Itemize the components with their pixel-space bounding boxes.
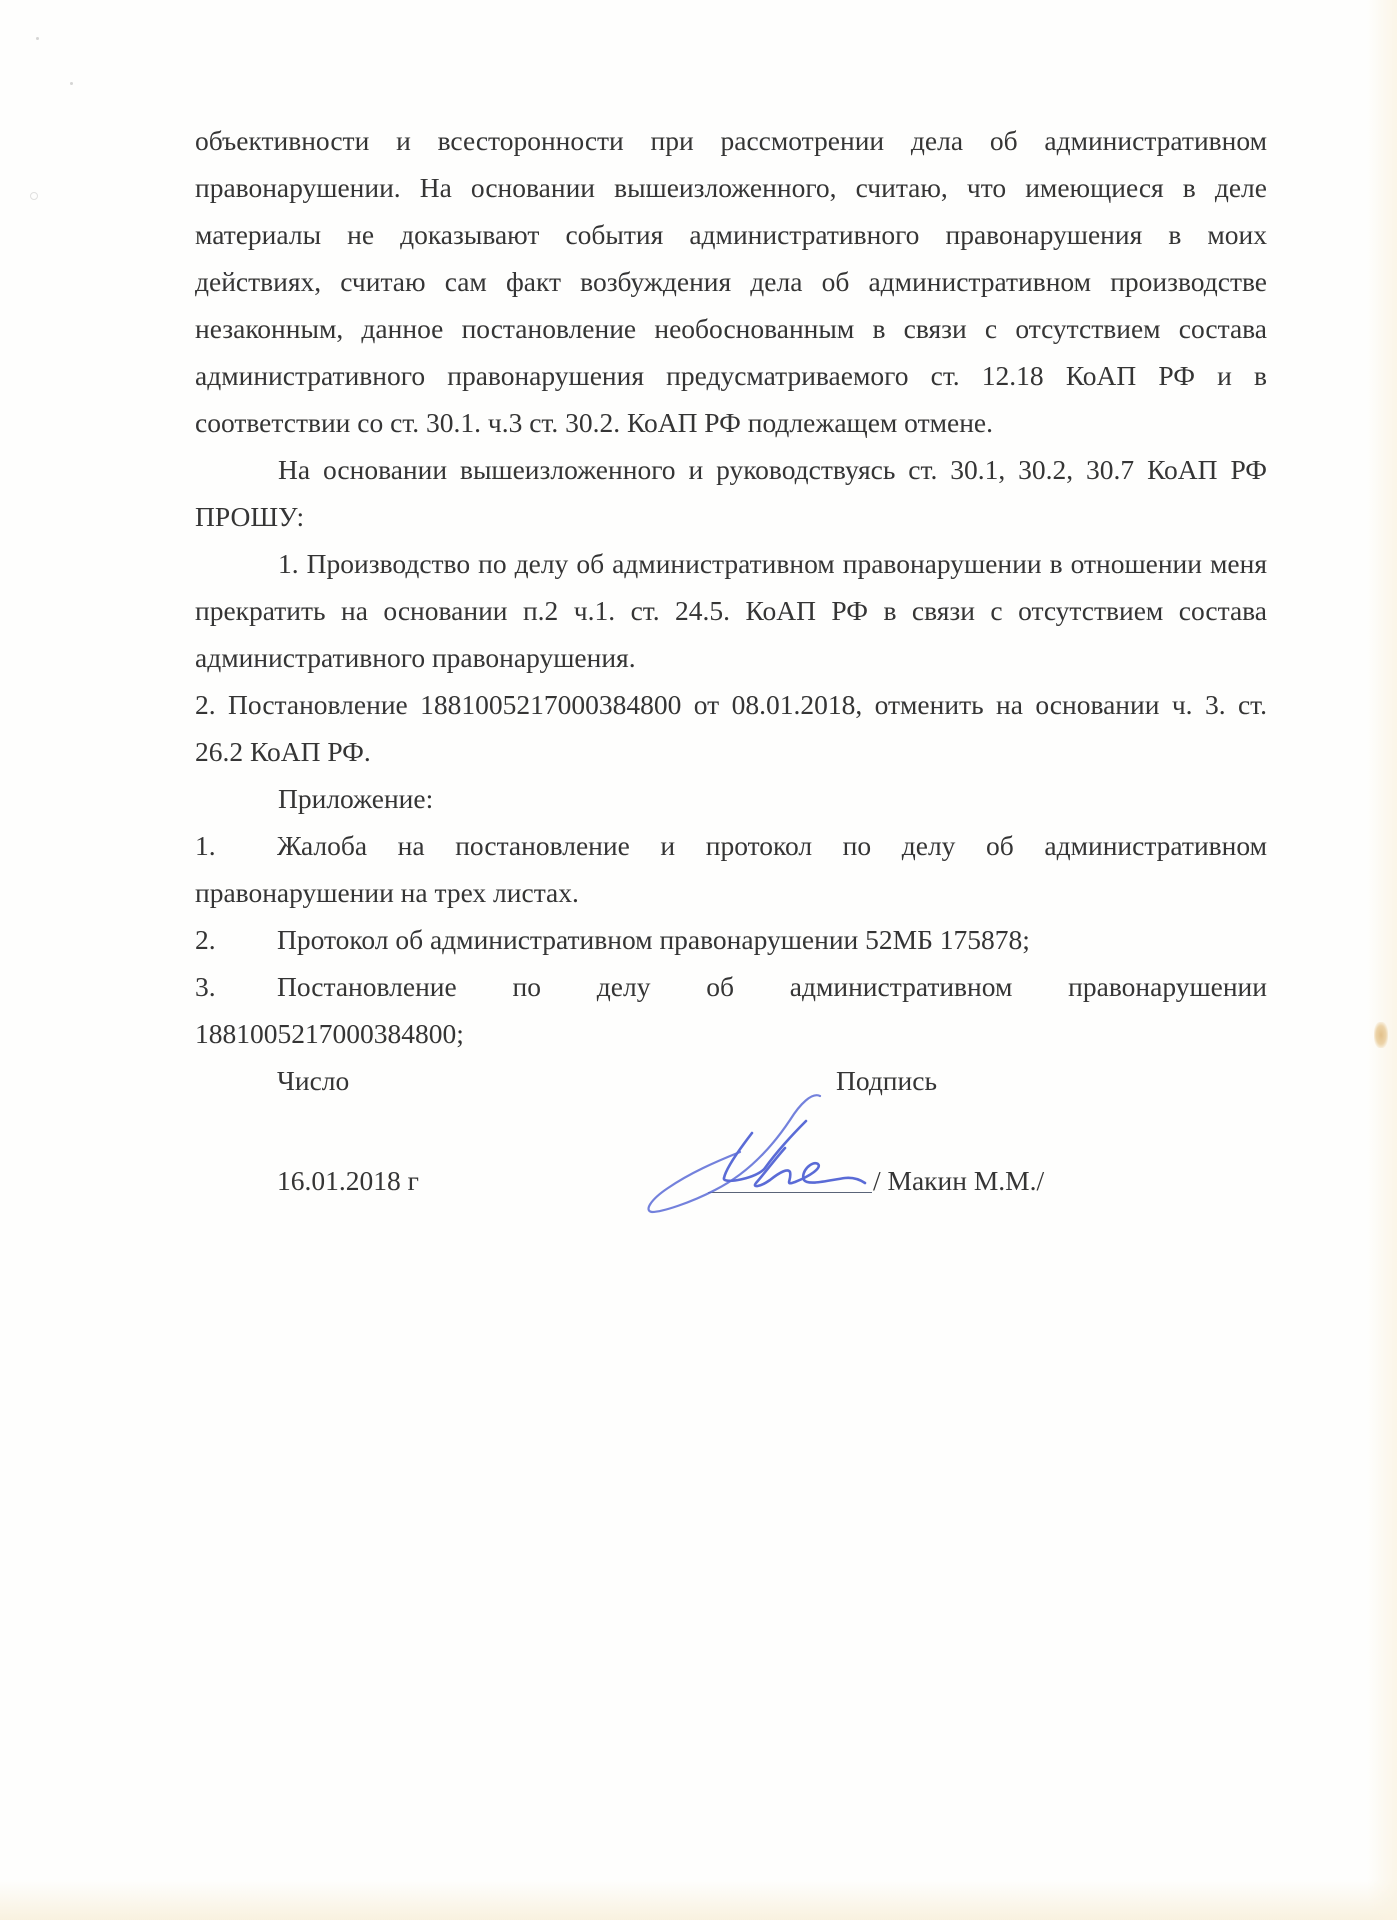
request-item-2: 2. Постановление 1881005217000384800 от … <box>195 681 1267 728</box>
attachment-item: 3. Постановление по делу об администрати… <box>195 963 1267 1010</box>
date-value: 16.01.2018 г <box>277 1157 419 1204</box>
date-label: Число <box>277 1057 349 1104</box>
attachment-continuation: правонарушении на трех листах. <box>195 869 1267 916</box>
attachment-number: 2. <box>195 916 277 963</box>
body-line: прекратить на основании п.2 ч.1. ст. 24.… <box>195 587 1267 634</box>
attachment-item: 2. Протокол об административном правонар… <box>195 916 1267 963</box>
body-line: административного правонарушения. <box>195 634 1267 681</box>
body-line: объективности и всесторонности при рассм… <box>195 117 1267 164</box>
scan-speck <box>70 82 73 85</box>
attachments-heading: Приложение: <box>195 775 1267 822</box>
body-line: 26.2 КоАП РФ. <box>195 728 1267 775</box>
request-heading: ПРОШУ: <box>195 493 1267 540</box>
handwritten-signature-icon <box>640 1085 880 1225</box>
scan-speck <box>30 192 38 200</box>
attachment-number: 3. <box>195 963 277 1010</box>
paper-edge-tint-right <box>1367 0 1397 1920</box>
request-item-1: 1. Производство по делу об административ… <box>195 540 1267 587</box>
body-line: соответствии со ст. 30.1. ч.3 ст. 30.2. … <box>195 399 1267 446</box>
attachment-item: 1. Жалоба на постановление и протокол по… <box>195 822 1267 869</box>
signer-name: / Макин М.М./ <box>873 1157 1044 1204</box>
paper-edge-tint <box>0 1880 1397 1920</box>
body-line: административного правонарушения предусм… <box>195 352 1267 399</box>
body-line: незаконным, данное постановление необосн… <box>195 305 1267 352</box>
attachment-text: Постановление по делу об административно… <box>277 963 1267 1010</box>
body-line: действиях, считаю сам факт возбуждения д… <box>195 258 1267 305</box>
attachment-continuation: 1881005217000384800; <box>195 1010 1267 1057</box>
document-body: объективности и всесторонности при рассм… <box>195 117 1267 1198</box>
body-line: материалы не доказывают события админист… <box>195 211 1267 258</box>
paper-stain <box>1374 1022 1388 1048</box>
body-line: правонарушении. На основании вышеизложен… <box>195 164 1267 211</box>
attachment-number: 1. <box>195 822 277 869</box>
scan-speck <box>36 37 39 40</box>
attachment-text: Протокол об административном правонаруше… <box>277 916 1267 963</box>
attachment-text: Жалоба на постановление и протокол по де… <box>277 822 1267 869</box>
body-line: На основании вышеизложенного и руководст… <box>195 446 1267 493</box>
